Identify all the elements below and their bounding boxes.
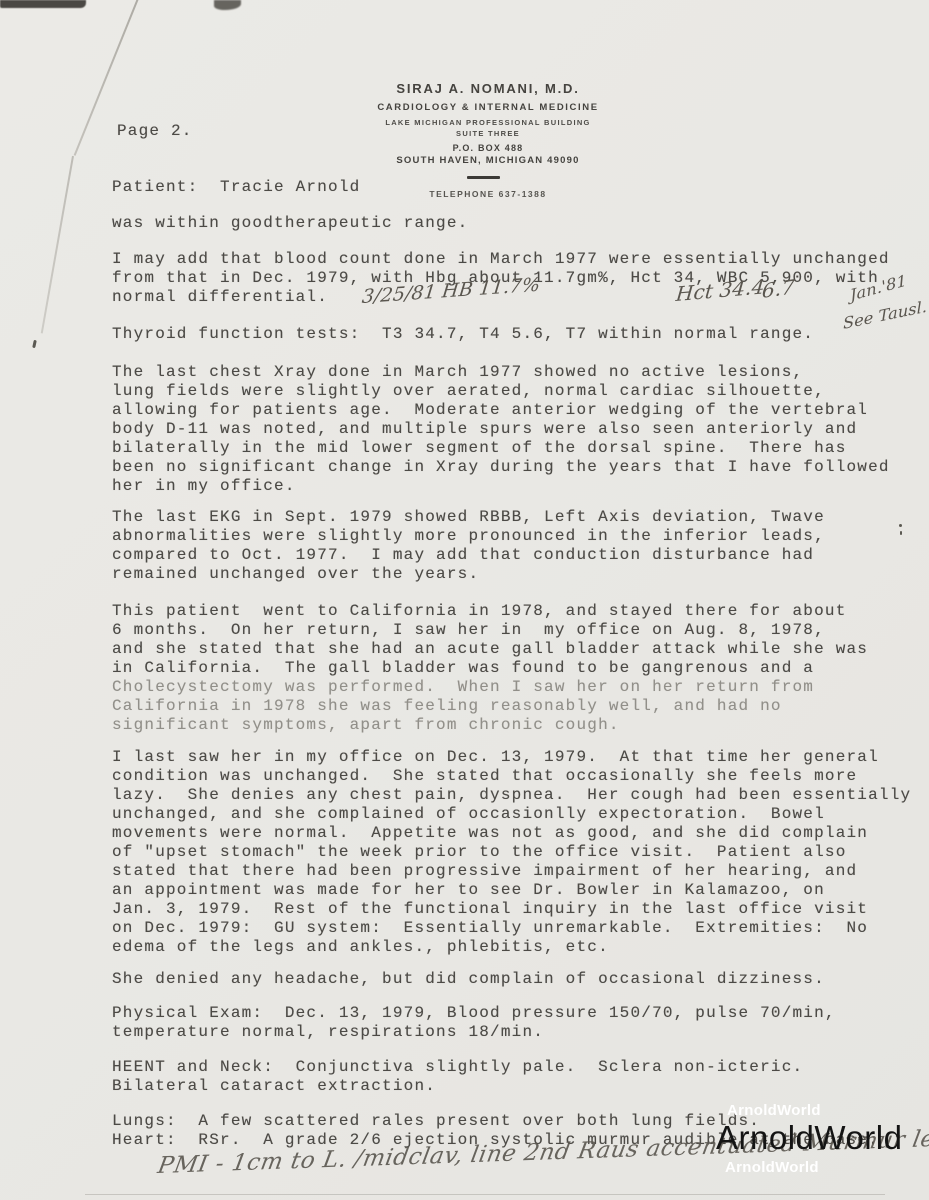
paragraph-last-visit: I last saw her in my office on Dec. 13, … xyxy=(112,748,911,957)
paragraph-ekg: The last EKG in Sept. 1979 showed RBBB, … xyxy=(112,508,825,584)
patient-label: Patient: Tracie Arnold xyxy=(112,178,360,197)
building-line: LAKE MICHIGAN PROFESSIONAL BUILDING xyxy=(327,118,649,127)
paragraph-physical-exam: Physical Exam: Dec. 13, 1979, Blood pres… xyxy=(112,1004,836,1042)
suite-line: SUITE THREE xyxy=(327,129,649,138)
letterhead-divider xyxy=(467,176,500,179)
scan-smudge xyxy=(214,0,241,10)
scan-speck xyxy=(899,524,902,527)
watermark-small-top: ArnoldWorld xyxy=(727,1102,821,1119)
scanned-letter-page: SIRAJ A. NOMANI, M.D. CARDIOLOGY & INTER… xyxy=(0,0,929,1200)
letterhead: SIRAJ A. NOMANI, M.D. CARDIOLOGY & INTER… xyxy=(327,80,649,205)
watermark-small-bottom: ArnoldWorld xyxy=(725,1159,819,1176)
handwritten-wbc-value: 6.7 xyxy=(761,275,795,303)
watermark-large: ArnoldWorld xyxy=(716,1119,902,1157)
specialty-line: CARDIOLOGY & INTERNAL MEDICINE xyxy=(327,102,649,113)
continuation-line: was within goodtherapeutic range. xyxy=(112,214,468,233)
paragraph-california: This patient went to California in 1978,… xyxy=(112,602,868,678)
telephone-line: TELEPHONE 637-1388 xyxy=(327,189,649,199)
scan-smudge xyxy=(0,0,86,8)
city-state-line: SOUTH HAVEN, MICHIGAN 49090 xyxy=(327,155,649,166)
paragraph-headache: She denied any headache, but did complai… xyxy=(112,970,825,989)
po-box-line: P.O. BOX 488 xyxy=(327,143,649,153)
scan-edge-line xyxy=(85,1194,885,1195)
paragraph-chest-xray: The last chest Xray done in March 1977 s… xyxy=(112,363,890,496)
scan-speck xyxy=(32,340,37,348)
physician-name: SIRAJ A. NOMANI, M.D. xyxy=(327,81,649,96)
paragraph-california-faded: Cholecystectomy was performed. When I sa… xyxy=(112,678,814,735)
paragraph-heent: HEENT and Neck: Conjunctiva slightly pal… xyxy=(112,1058,803,1096)
paper-crease xyxy=(41,156,74,334)
scan-speck xyxy=(900,531,902,535)
paragraph-thyroid: Thyroid function tests: T3 34.7, T4 5.6,… xyxy=(112,325,814,344)
page-number-label: Page 2. xyxy=(117,122,193,141)
